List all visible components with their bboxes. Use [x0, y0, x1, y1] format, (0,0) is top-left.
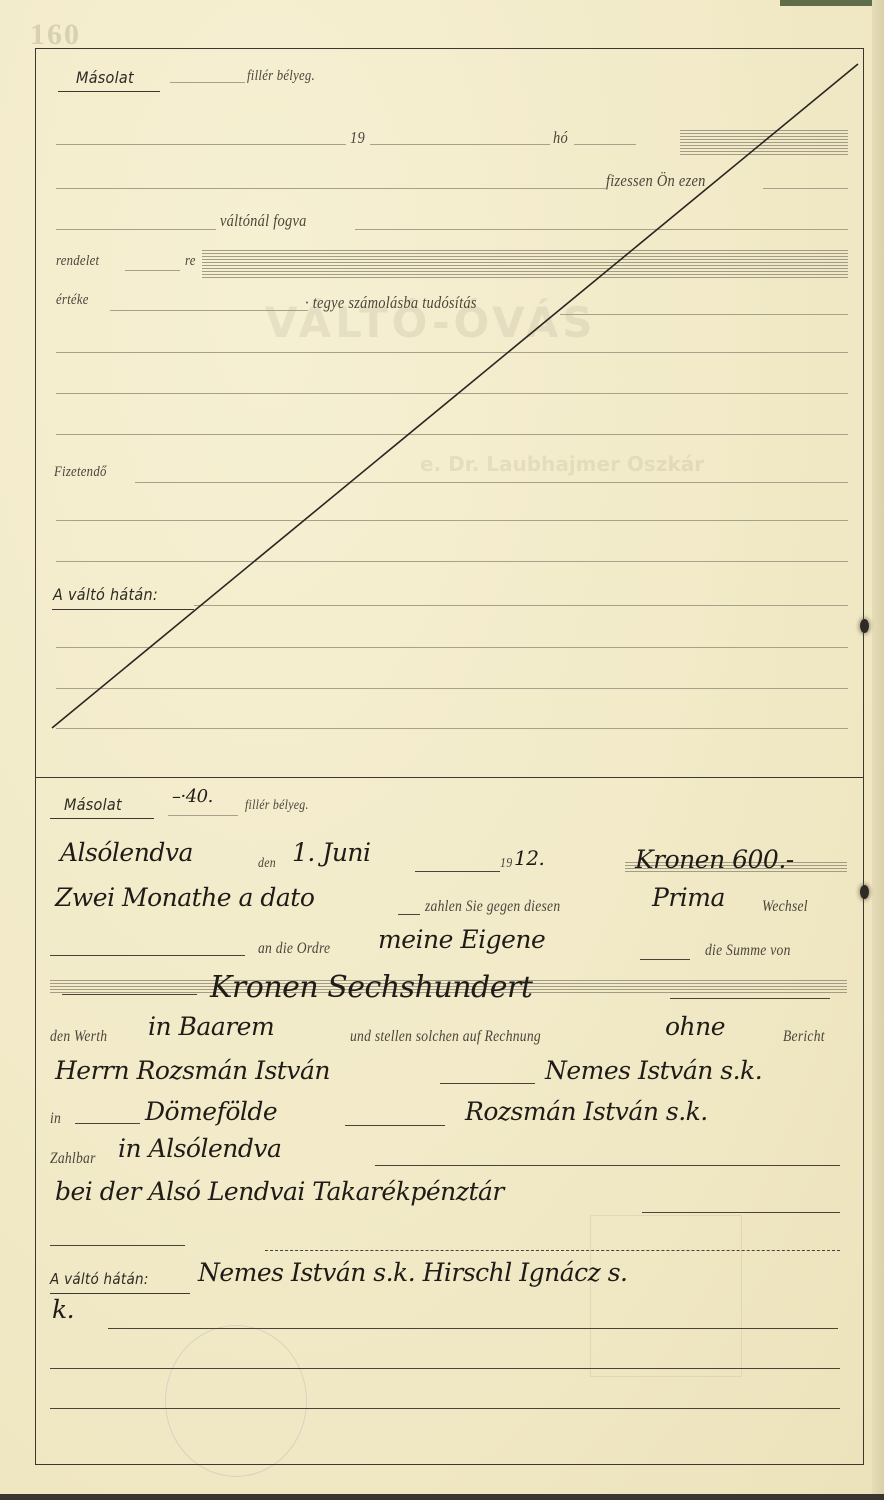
den-label: den — [258, 856, 276, 872]
year-prefix: 19 — [500, 856, 512, 872]
blank-line — [345, 1125, 445, 1126]
blank-line — [640, 959, 690, 960]
prima-handwritten: Prima — [652, 883, 725, 912]
binding-hole-top — [860, 619, 869, 633]
binding-hole-bottom — [860, 885, 869, 899]
sum-in-words: Kronen Sechshundert — [210, 970, 532, 1005]
drawee-handwritten: Herrn Rozsmán István — [55, 1056, 330, 1085]
cancellation-strike-line — [0, 0, 884, 800]
filler-belyeg-label: fillér bélyeg. — [245, 798, 309, 814]
blank-line — [50, 1408, 840, 1409]
die-summe-label: die Summe von — [705, 942, 791, 960]
masolat-underline — [50, 818, 154, 819]
blank-line — [398, 914, 420, 915]
masolat-label: Másolat — [64, 795, 122, 814]
term-handwritten: Zwei Monathe a dato — [55, 883, 314, 912]
blank-line — [50, 1245, 185, 1246]
acceptor-signature: Rozsmán István s.k. — [465, 1097, 708, 1126]
rechnung-handwritten: ohne — [665, 1012, 725, 1041]
ordre-handwritten: meine Eigene — [378, 925, 545, 954]
blank-line — [375, 1165, 840, 1166]
den-werth-label: den Werth — [50, 1028, 107, 1046]
blank-line — [75, 1123, 140, 1124]
date-handwritten: 1. Juni — [292, 838, 371, 867]
stamp-value: –·40. — [172, 786, 213, 807]
und-stellen-label: und stellen solchen auf Rechnung — [350, 1028, 541, 1046]
blank-line — [440, 1083, 535, 1084]
blank-line — [108, 1328, 838, 1329]
blank-line — [415, 871, 500, 872]
drawer-signature: Nemes István s.k. — [545, 1056, 762, 1085]
valto-hatan-underline — [50, 1293, 190, 1294]
blank-line — [62, 994, 197, 995]
blank-line — [670, 998, 830, 999]
valto-hatan-label: A váltó hátán: — [50, 1270, 149, 1288]
blank-line — [642, 1212, 840, 1213]
bank-handwritten: bei der Alsó Lendvai Takarékpénztár — [55, 1177, 504, 1206]
endorsement-continued: k. — [52, 1295, 74, 1324]
zahlbar-handwritten: in Alsólendva — [118, 1134, 281, 1163]
wechsel-label: Wechsel — [762, 898, 808, 916]
werth-handwritten: in Baarem — [148, 1012, 274, 1041]
drawee-place-handwritten: Dömefölde — [145, 1097, 277, 1126]
blank-line — [265, 1250, 840, 1251]
stamp-blank — [168, 815, 238, 816]
blank-line — [50, 1368, 840, 1369]
page-bottom-edge — [0, 1494, 884, 1500]
blank-line — [50, 955, 245, 956]
zahlen-label: zahlen Sie gegen diesen — [425, 898, 560, 916]
endorsement-signatures: Nemes István s.k. Hirschl Ignácz s. — [198, 1258, 628, 1287]
in-label: in — [50, 1110, 61, 1128]
an-die-ordre-label: an die Ordre — [258, 940, 330, 958]
bericht-label: Bericht — [783, 1028, 825, 1046]
amount-handwritten: Kronen 600.- — [635, 845, 794, 874]
year-suffix: 12. — [514, 846, 544, 870]
zahlbar-label: Zahlbar — [50, 1150, 96, 1168]
place-handwritten: Alsólendva — [60, 838, 193, 867]
